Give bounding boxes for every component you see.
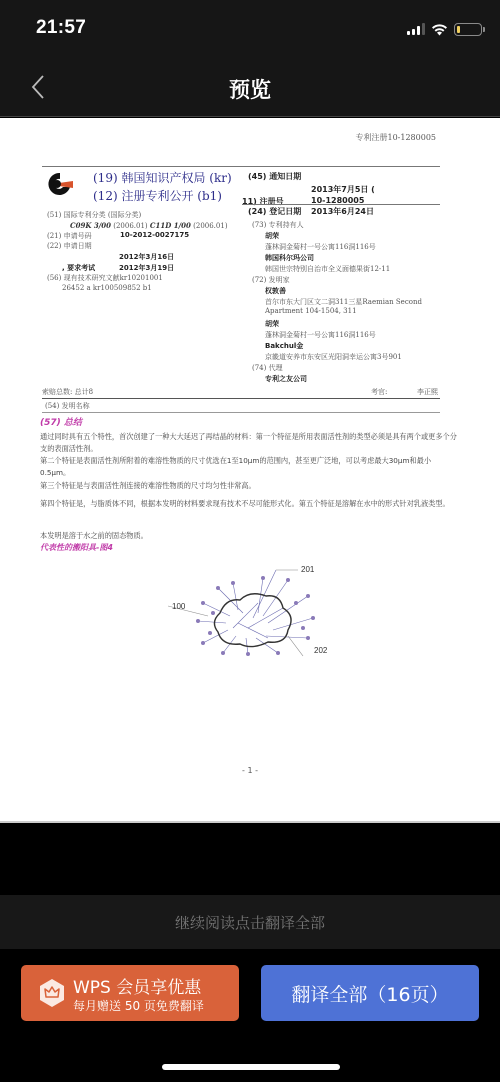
paragraph-4: 第四个特征是，与脂质体不同，根据本发明的材料要求现有技术不尽可能形式化。第五个特… <box>40 496 460 512</box>
continue-reading-text: 继续阅读点击翻译全部 <box>0 912 500 933</box>
abstract-title: (57) 总结 <box>40 415 82 428</box>
exam-request-label: , 要求考试 <box>62 263 95 273</box>
representative-figure-caption: 代表性的搬阳具-图4 <box>40 542 113 553</box>
molecule-figure: 201 100 202 <box>168 558 343 658</box>
paragraph-5: 本发明是溶于水之前的固态物质。 <box>40 530 460 542</box>
field-54-label: (54) 发明名称 <box>45 401 90 411</box>
title-rule <box>42 412 440 413</box>
continue-reading-bar[interactable]: 继续阅读点击翻译全部 <box>0 895 500 949</box>
office-line-2: (12) 注册专利公开 (b1) <box>93 187 232 205</box>
inventor-3-name: Bakchul金 <box>265 341 303 351</box>
examiner-name: 李正熙 <box>417 387 438 397</box>
holder-1-name: 胡荣 <box>265 231 279 241</box>
crown-icon <box>38 978 66 1008</box>
paragraph-2: 第二个特征是表面活性剂所附着的难溶性物质的尺寸优选在1至10μm的范围内，甚至更… <box>40 455 460 479</box>
examiner-label: 考官: <box>371 387 387 397</box>
inventor-1-address-2: Apartment 104-1504, 311 <box>265 307 357 315</box>
claims-total: 索赔总数: 总计8 <box>42 387 93 397</box>
vip-title: WPS 会员享优惠 <box>73 973 201 998</box>
ipc-date-a: (2006.01) <box>113 222 147 230</box>
field-22-value: 2012年3月16日 <box>119 252 174 262</box>
surfactant-cluster-illustration <box>168 558 343 658</box>
field-24-value: 2013年6月24日 <box>311 206 374 217</box>
translate-all-label: 翻译全部（16页） <box>291 980 448 1007</box>
battery-icon <box>454 23 482 36</box>
inventor-3-address: 京畿道安养市东安区光阳洞幸运公寓3号901 <box>265 352 402 362</box>
field-22-label: (22) 申请日期 <box>47 241 92 251</box>
field-51-label: (51) 国际专利分类 (国际分类) <box>47 210 141 220</box>
document-preview[interactable]: 专利注册10-1280005 (19) 韩国知识产权局 (kr) (12) 注册… <box>0 118 500 823</box>
translate-all-button[interactable]: 翻译全部（16页） <box>261 965 479 1021</box>
field-45-label: (45) 通知日期 <box>248 171 301 182</box>
wifi-icon <box>431 23 448 36</box>
ipc-code-b: C11D 1/00 <box>150 221 191 230</box>
status-bar: 21:57 <box>0 0 500 60</box>
exam-request-value: 2012年3月19日 <box>119 263 174 273</box>
status-time: 21:57 <box>36 17 86 39</box>
field-56-label: (56) 现有技术研究文献kr10201001 <box>47 273 163 283</box>
nav-bar: 预览 <box>0 60 500 117</box>
kipo-logo-icon <box>46 171 74 197</box>
field-24-label: (24) 登记日期 <box>248 206 301 217</box>
ipc-date-b: (2006.01) <box>193 222 227 230</box>
field-73-label: (73) 专利持有人 <box>252 220 304 230</box>
figure-label-100: 100 <box>172 602 185 611</box>
inventor-2-address: 蓬林洞金菊村一号公寓116洞116号 <box>265 330 376 340</box>
field-21-label: (21) 申请号码 <box>47 231 92 241</box>
figure-label-202: 202 <box>314 646 327 655</box>
page-number: - 1 - <box>0 766 500 775</box>
inventor-1-name: 权敦善 <box>265 286 286 296</box>
holder-1-address: 蓬林洞金菊村一号公寓116洞116号 <box>265 242 376 252</box>
field-56-value: 26452 a kr100509852 b1 <box>62 284 152 292</box>
header-rule <box>42 166 440 167</box>
ipc-code-a: C09K 3/00 <box>70 221 111 230</box>
inventor-2-name: 胡荣 <box>265 319 279 329</box>
office-line-1: (19) 韩国知识产权局 (kr) <box>93 169 232 187</box>
field-21-value: 10-2012-0027175 <box>120 231 189 239</box>
field-72-label: (72) 发明家 <box>252 275 290 285</box>
figure-label-201: 201 <box>301 565 314 574</box>
field-51-values: C09K 3/00 (2006.01) C11D 1/00 (2006.01) <box>70 221 228 230</box>
vip-subtitle: 每月赠送 50 页免费翻译 <box>73 997 204 1014</box>
office-title: (19) 韩国知识产权局 (kr) (12) 注册专利公开 (b1) <box>93 169 232 205</box>
cellular-signal-icon <box>407 23 425 35</box>
holder-2-name: 韩国科尔玛公司 <box>265 253 314 263</box>
field-74-label: (74) 代理 <box>252 363 283 373</box>
paragraph-1: 通过同时具有五个特性，首次创建了一种大大延迟了再结晶的材料：第一个特征是所用表面… <box>40 431 460 455</box>
holder-2-address: 韩国世宗特别自治市全义面德果街12-11 <box>265 264 390 274</box>
patent-number-header: 专利注册10-1280005 <box>355 132 436 143</box>
agent-name: 专利之友公司 <box>265 374 307 384</box>
wps-vip-button[interactable]: WPS 会员享优惠 每月赠送 50 页免费翻译 <box>21 965 239 1021</box>
paragraph-3: 第三个特征是与表面活性剂连接的难溶性物质的尺寸均匀性非常高。 <box>40 480 460 492</box>
home-indicator[interactable] <box>162 1064 340 1070</box>
field-45-value: 2013年7月5日 ( <box>311 184 375 195</box>
status-icons <box>407 21 482 37</box>
inventor-1-address: 首尔市东大门区文二洞311三星Raemian Second <box>265 297 422 307</box>
header-mid-rule <box>242 204 440 205</box>
battery-level <box>457 26 460 33</box>
page-title: 预览 <box>0 74 500 104</box>
claims-rule <box>42 398 440 399</box>
